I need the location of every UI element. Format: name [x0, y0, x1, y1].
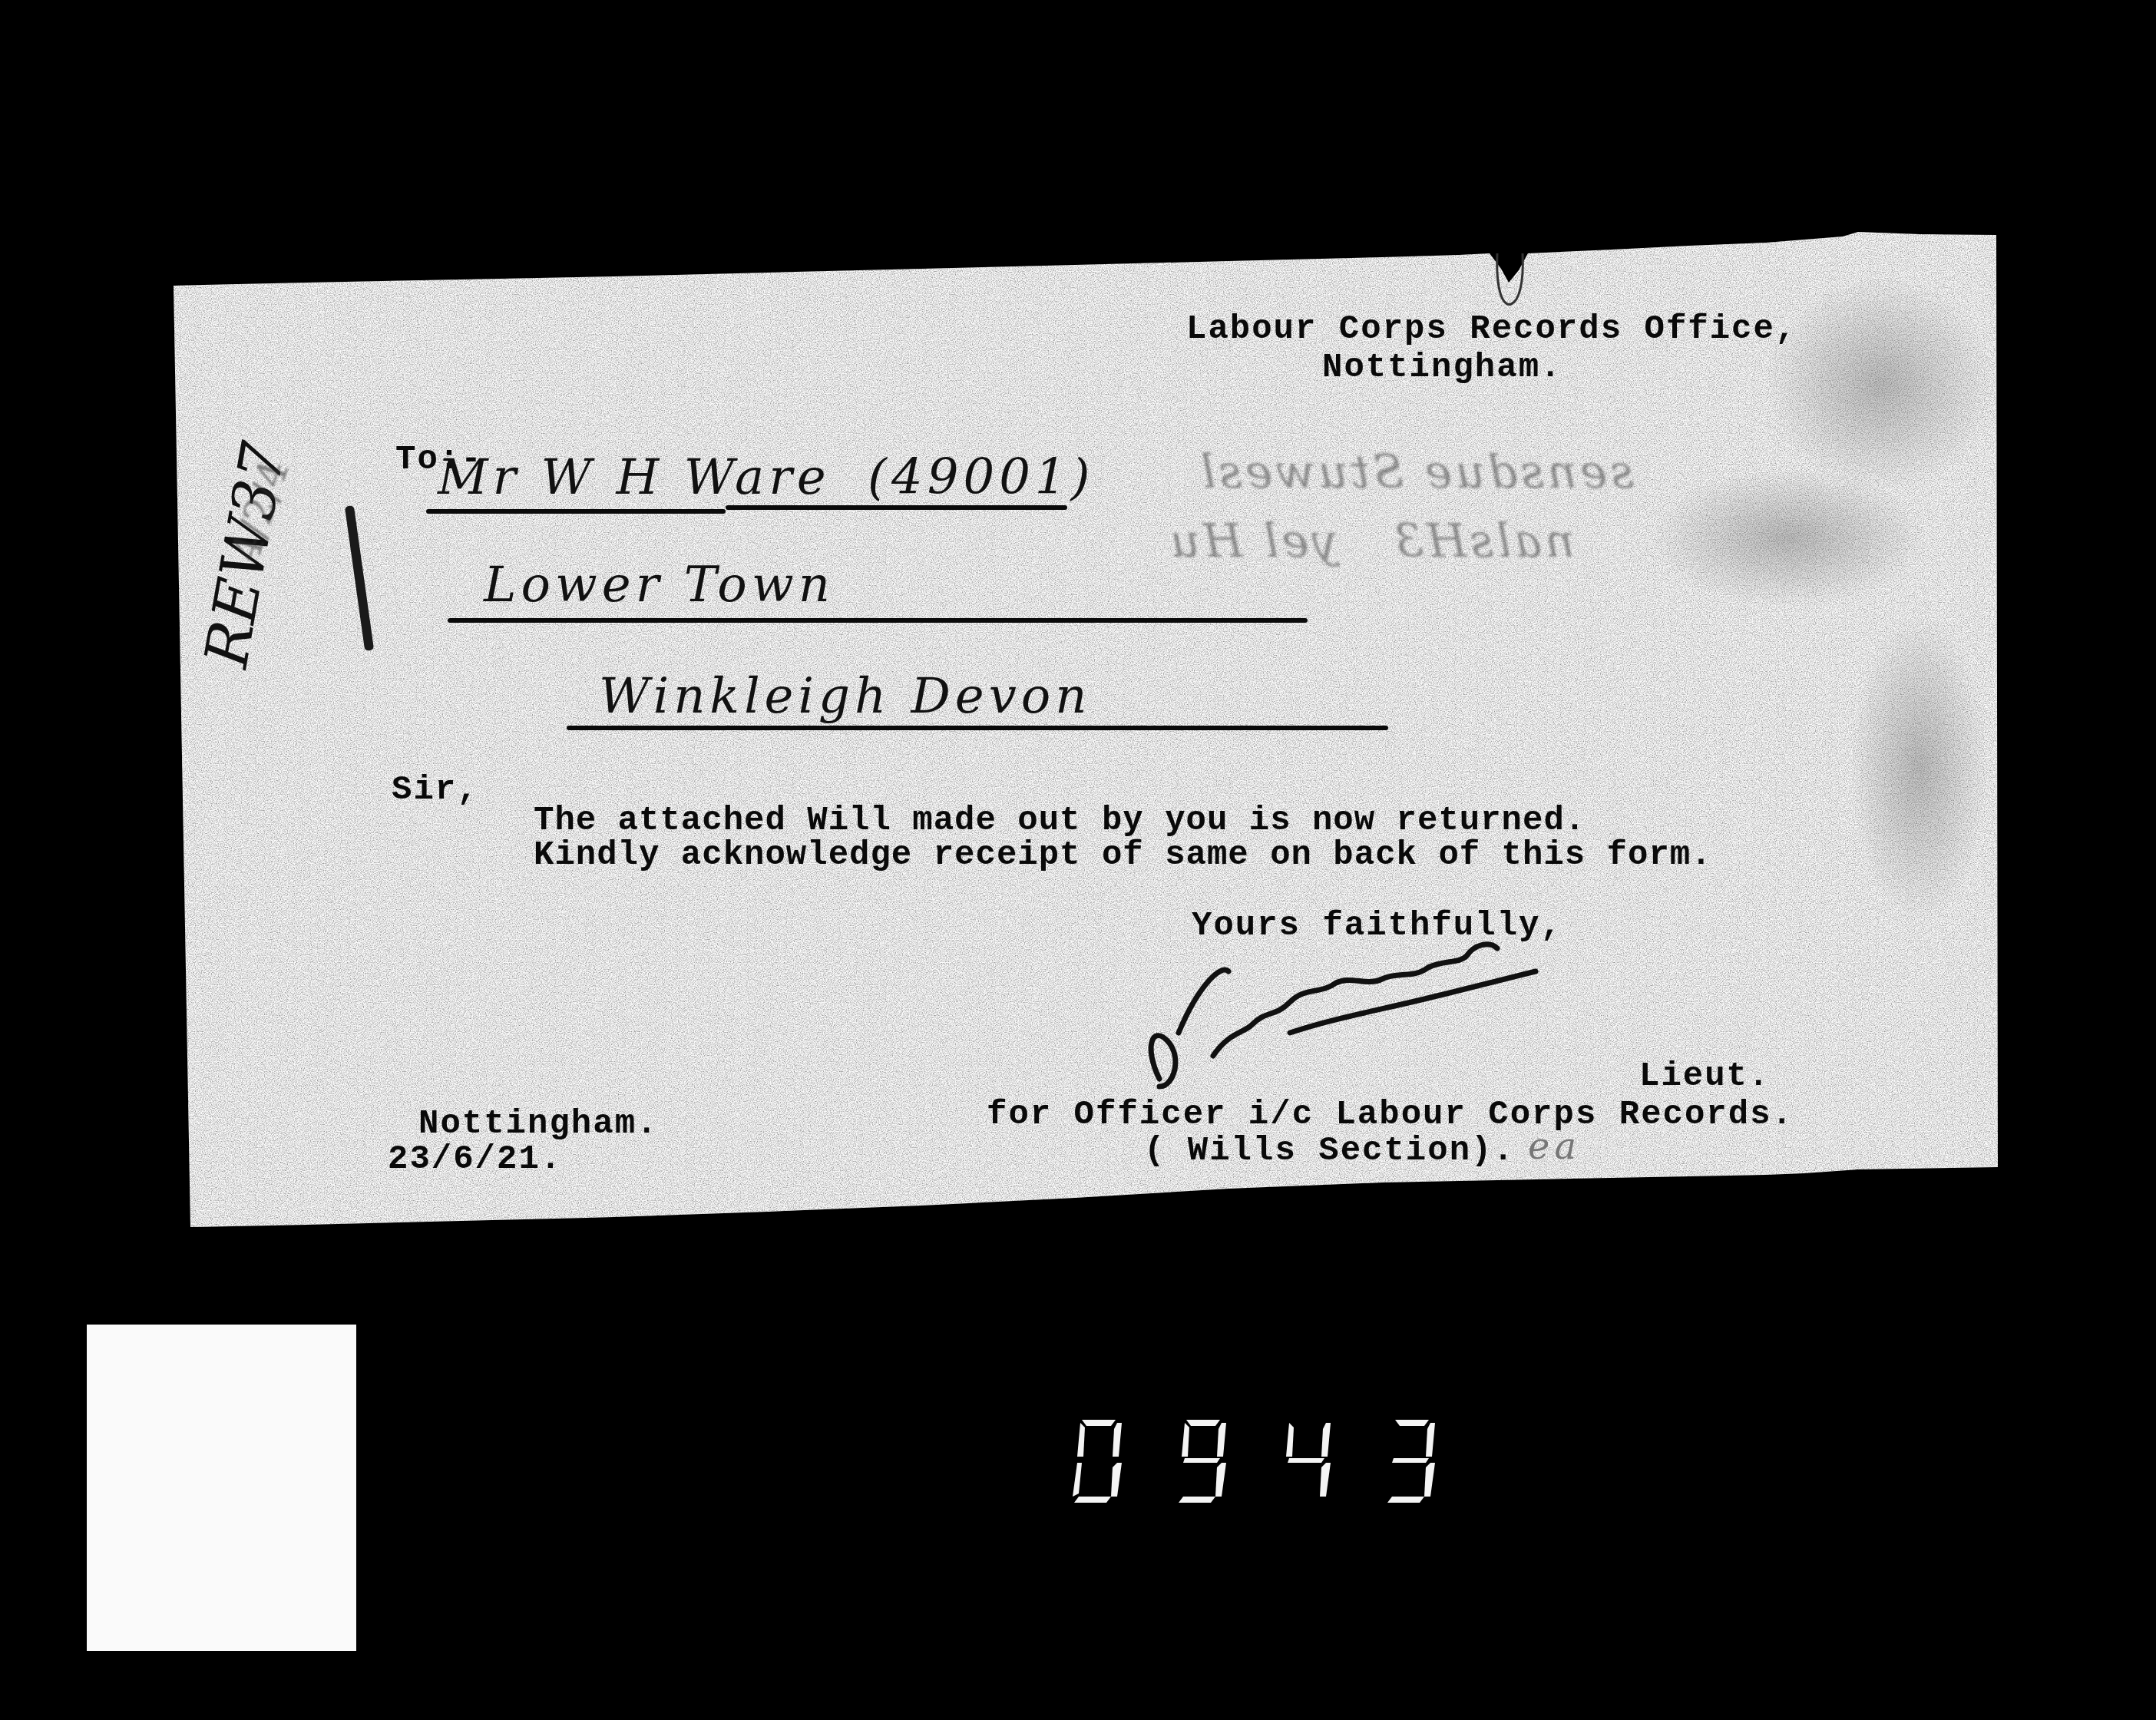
counter-digit [1280, 1417, 1334, 1501]
address-rule-2 [448, 618, 1308, 623]
address-line1: Lower Town [484, 557, 835, 614]
closing: Yours faithfully, [1192, 908, 1562, 944]
bleed-through-text: sensdue Stuwesl [1198, 445, 1634, 499]
address-rule-3 [567, 726, 1388, 730]
blank-card [87, 1325, 356, 1651]
letterhead-line2: Nottingham. [1322, 349, 1562, 386]
signature [1136, 941, 1612, 1110]
recipient-service-number: (49001) [868, 449, 1095, 506]
body-line-1: The attached Will made out by you is now… [534, 802, 1586, 839]
date: 23/6/21. [388, 1141, 562, 1178]
address-rule-1b [726, 505, 1067, 510]
frame-counter [1071, 1417, 1438, 1501]
counter-digit [1071, 1417, 1125, 1501]
body-line-2: Kindly acknowledge receipt of same on ba… [534, 837, 1712, 874]
bleed-through-text: nalsH3 yel Hu [1167, 514, 1575, 568]
address-rule-1 [426, 509, 726, 514]
address-line2: Winkleigh Devon [599, 668, 1092, 725]
letterhead-line1: Labour Corps Records Office, [1186, 311, 1797, 348]
recipient-name: Mr W H Ware [438, 449, 831, 506]
counter-digit [1176, 1417, 1229, 1501]
counter-digit [1384, 1417, 1438, 1501]
salutation: Sir, [392, 772, 479, 809]
signatory-line1: for Officer i/c Labour Corps Records. [987, 1096, 1794, 1133]
clerk-initials: ea [1528, 1125, 1581, 1168]
signatory-line2: ( Wills Section). [1144, 1133, 1515, 1169]
place: Nottingham. [418, 1106, 658, 1143]
rank: Lieut. [1639, 1058, 1770, 1095]
